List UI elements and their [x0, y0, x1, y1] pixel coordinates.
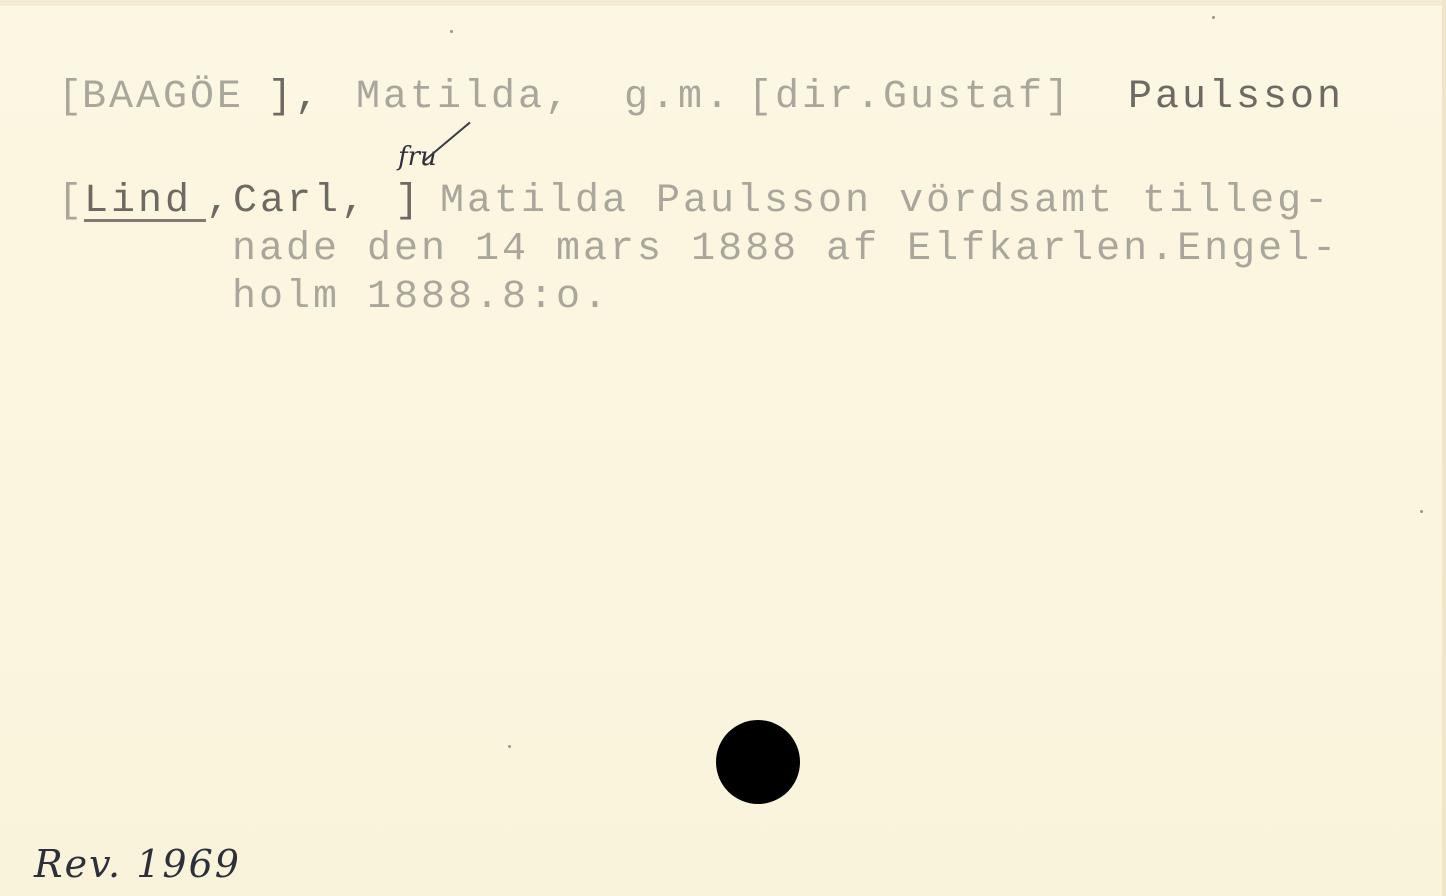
author-surname-underline [84, 219, 206, 222]
card-right-edge [1442, 0, 1446, 896]
card-top-edge [0, 0, 1446, 6]
author-bracket-open: [ [58, 182, 85, 222]
paper-speck [1212, 16, 1215, 19]
author-surname: Lind [84, 182, 192, 222]
heading-given-name: Matilda, [356, 78, 572, 118]
heading-relation: g.m. [624, 78, 732, 118]
catalog-card: [ BAAGÖE ], Matilda, g.m. [dir.Gustaf] P… [0, 0, 1446, 896]
title-line-3: holm 1888.8:o. [232, 278, 610, 318]
heading-bracket-close: ], [268, 78, 322, 118]
heading-bracket-open: [ [58, 78, 85, 118]
handwritten-fru: fru [398, 142, 437, 172]
paper-speck [1420, 510, 1423, 513]
title-line-1: Matilda Paulsson vördsamt tilleg- [440, 182, 1331, 222]
punch-hole [716, 720, 800, 804]
title-line-2: nade den 14 mars 1888 af Elfkarlen.Engel… [232, 230, 1339, 270]
revision-note: Rev. 1969 [34, 842, 241, 886]
heading-husband-surname: Paulsson [1128, 78, 1344, 118]
author-given-name: ,Carl, ] [206, 182, 422, 222]
paper-speck [508, 745, 511, 748]
heading-husband-name: [dir.Gustaf] [748, 78, 1072, 118]
paper-speck [450, 30, 453, 33]
heading-surname: BAAGÖE [82, 78, 244, 118]
